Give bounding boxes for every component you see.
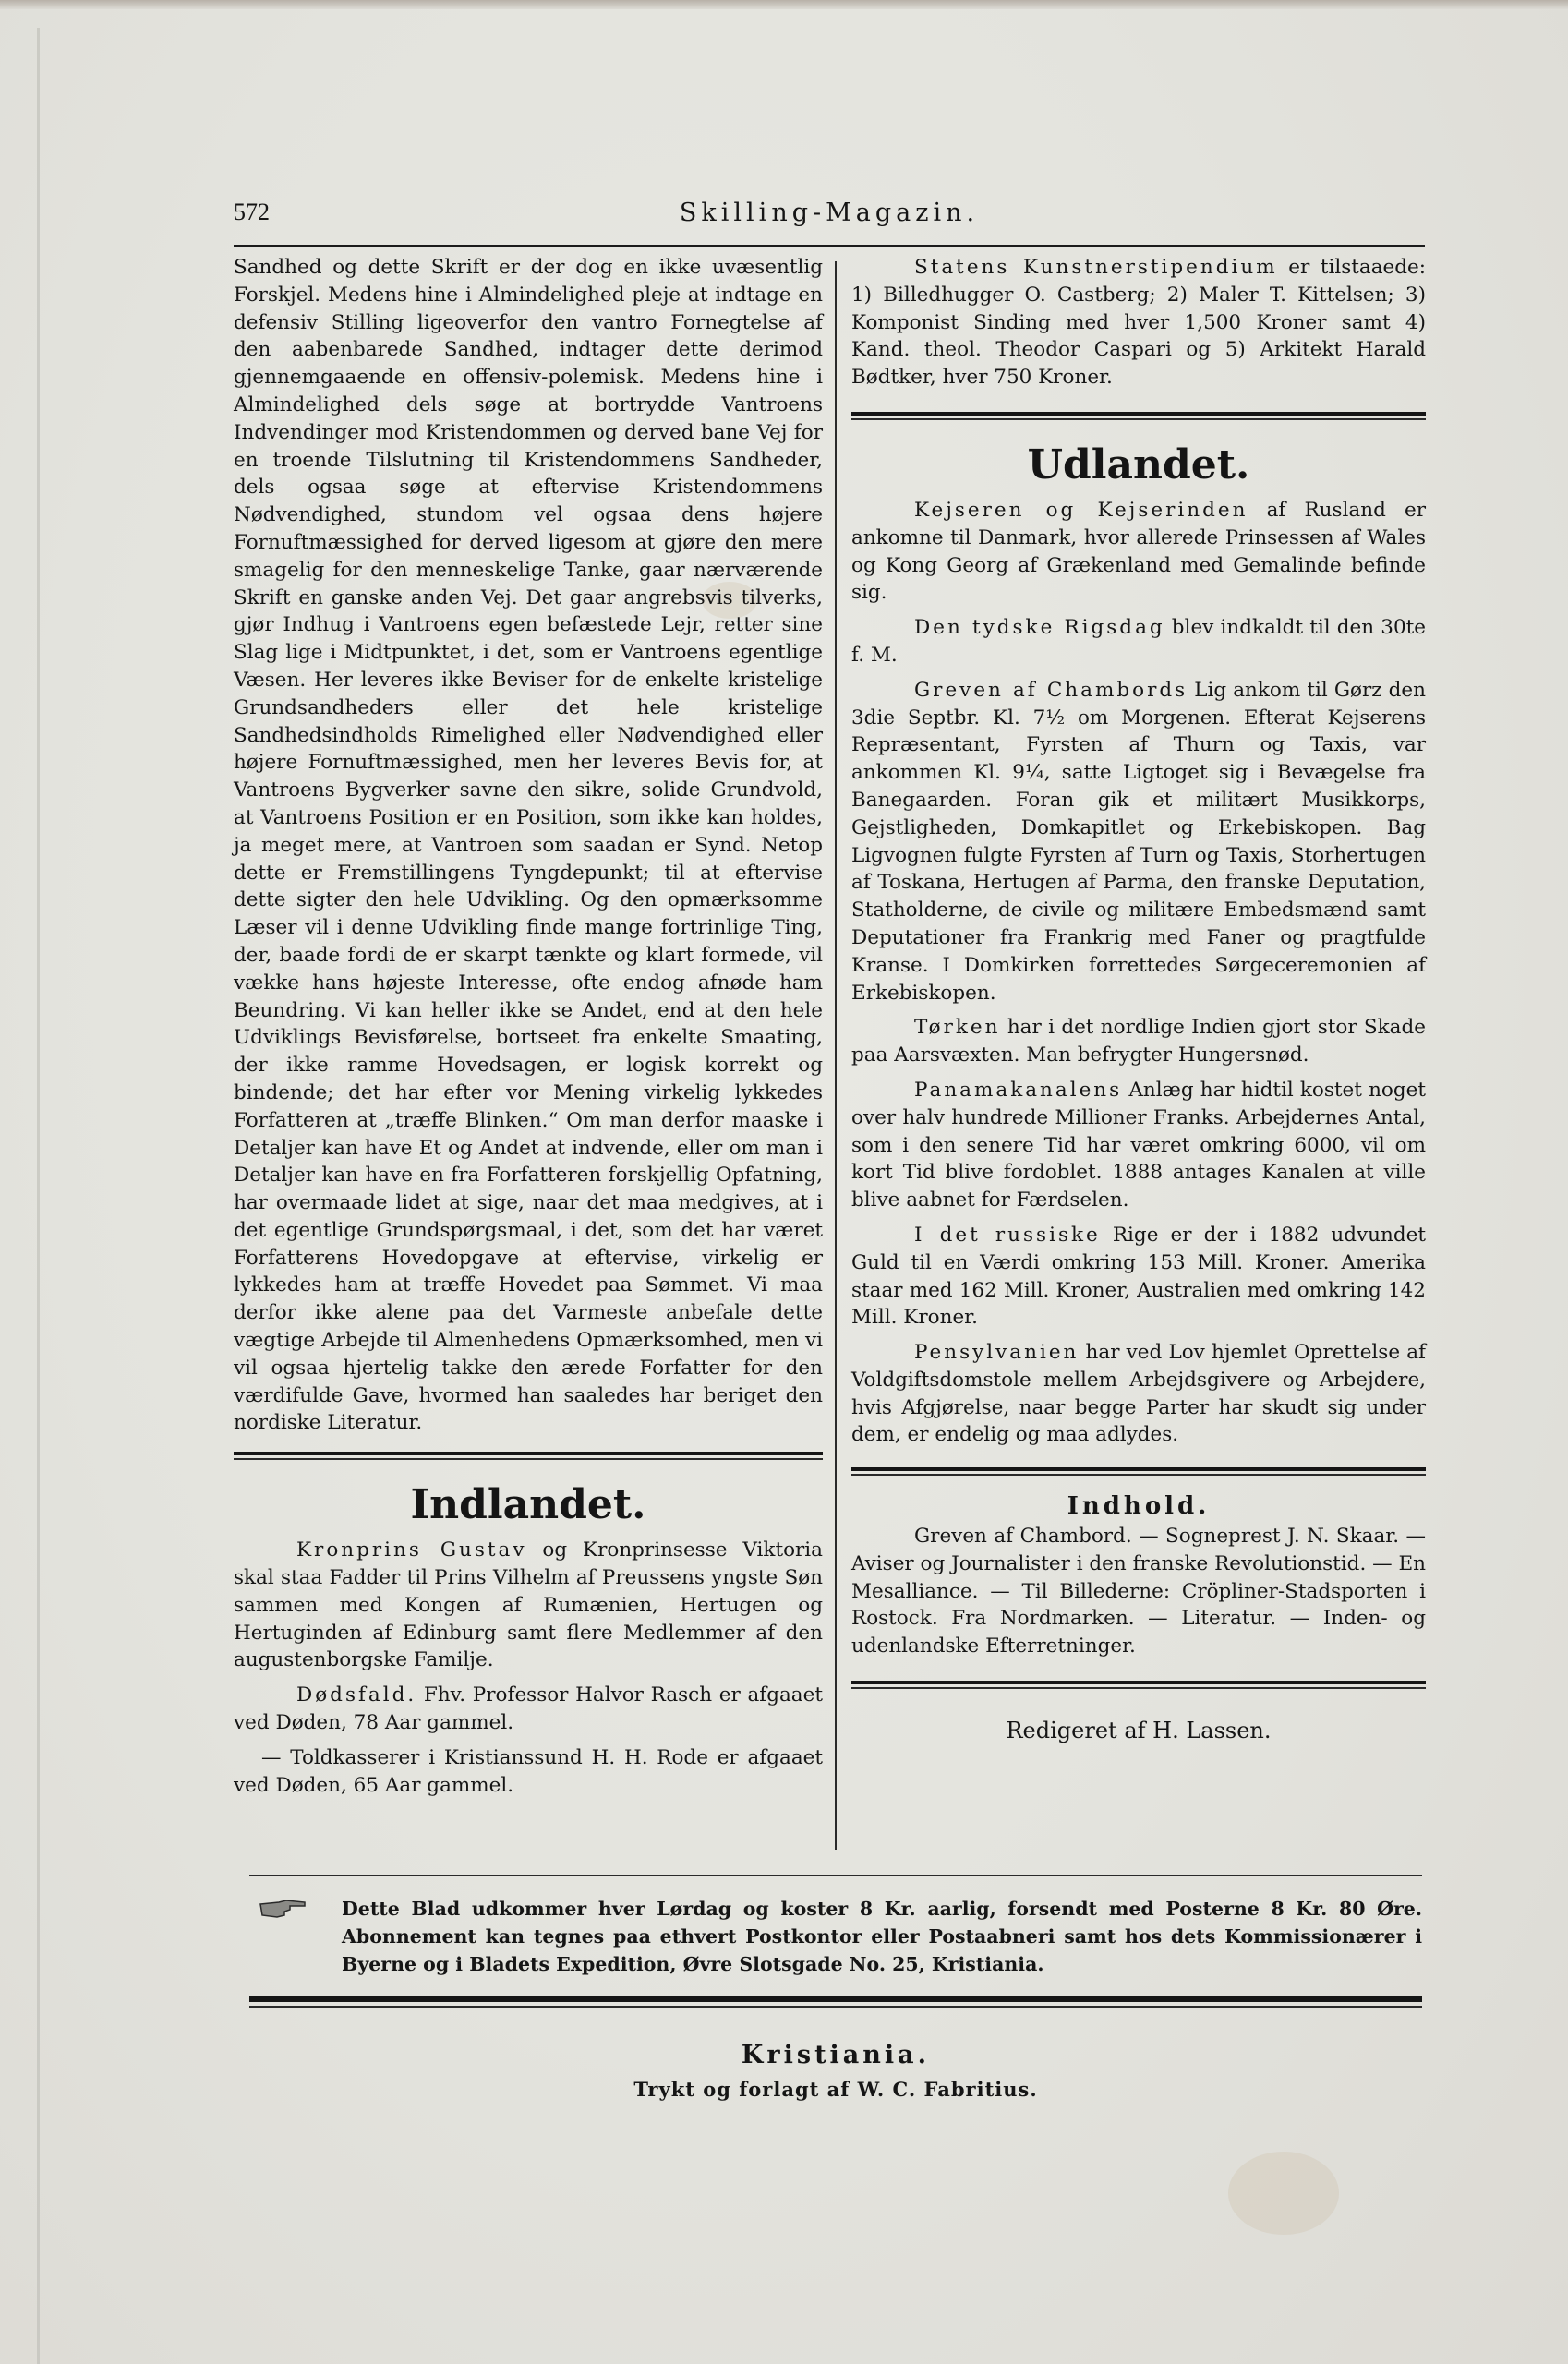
- footer-top-rule: [249, 1875, 1422, 1876]
- news-item-lead: I det russiske: [914, 1224, 1101, 1247]
- news-item-lead: Panamakanalens: [914, 1079, 1122, 1102]
- editor-credit: Redigeret af H. Lassen.: [851, 1718, 1426, 1745]
- imprint-city: Kristiania.: [249, 2041, 1422, 2069]
- footer-rule: [249, 2006, 1422, 2008]
- section-title-indlandet: Indlandet.: [234, 1479, 823, 1531]
- news-item-lead: Tørken: [914, 1016, 1001, 1039]
- stipend-lead: Statens Kunstnerstipendium: [914, 256, 1278, 279]
- paper-stain: [1228, 2152, 1339, 2235]
- news-item-lead: Greven af Chambords: [914, 679, 1188, 702]
- news-item: Panamakanalens Anlæg har hidtil kostet n…: [851, 1077, 1426, 1214]
- review-continued-text: Sandhed og dette Skrift er der dog en ik…: [234, 254, 823, 1437]
- news-item: I det russiske Rige er der i 1882 udvund…: [851, 1222, 1426, 1332]
- news-item: Tørken har i det nordlige Indien gjort s…: [851, 1014, 1426, 1069]
- section-title-udlandet: Udlandet.: [851, 440, 1426, 491]
- news-item-lead: Pensylvanien: [914, 1341, 1079, 1364]
- news-item-lead: Dødsfald.: [296, 1683, 416, 1707]
- left-column: Sandhed og dette Skrift er der dog en ik…: [234, 254, 823, 1799]
- news-item: Pensylvanien har ved Lov hjemlet Oprette…: [851, 1339, 1426, 1449]
- pointing-hand-icon: [259, 1899, 307, 1919]
- section-rule: [851, 412, 1426, 421]
- footer-rule: [249, 1996, 1422, 2002]
- page-header: 572 Skilling-Magazin.: [234, 199, 1425, 235]
- news-item: Kronprins Gustav og Kronprinsesse Viktor…: [234, 1537, 823, 1674]
- contents-title: Indhold.: [851, 1493, 1426, 1521]
- section-rule: [851, 1467, 1426, 1477]
- contents-text: Greven af Chambord. — Sogneprest J. N. S…: [851, 1523, 1426, 1660]
- news-item-lead: Kejseren og Kejserinden: [914, 499, 1248, 522]
- news-item: Dødsfald. Fhv. Professor Halvor Rasch er…: [234, 1682, 823, 1737]
- news-item-text: — Toldkasserer i Kristianssund H. H. Rod…: [234, 1746, 823, 1797]
- news-item: Kejseren og Kejserinden af Rusland er an…: [851, 497, 1426, 607]
- news-item: Greven af Chambords Lig ankom til Gørz d…: [851, 677, 1426, 1007]
- page-top-edge: [0, 0, 1568, 9]
- section-rule: [851, 1681, 1426, 1690]
- imprint-printer: Trykt og forlagt af W. C. Fabritius.: [249, 2078, 1422, 2101]
- section-rule: [234, 1452, 823, 1461]
- news-item: — Toldkasserer i Kristianssund H. H. Rod…: [234, 1744, 823, 1800]
- column-divider: [835, 261, 837, 1850]
- header-rule: [234, 245, 1425, 247]
- right-column: Statens Kunstnerstipendium er tilstaaede…: [851, 254, 1426, 1745]
- news-item-lead: Kronprins Gustav: [296, 1538, 527, 1562]
- notice-text: Dette Blad udkommer hver Lørdag og koste…: [342, 1895, 1422, 1978]
- stipend-notice: Statens Kunstnerstipendium er tilstaaede…: [851, 254, 1426, 392]
- news-item: Den tydske Rigsdag blev indkaldt til den…: [851, 614, 1426, 669]
- news-item-lead: Den tydske Rigsdag: [914, 616, 1165, 639]
- page-fold-line: [37, 28, 40, 2364]
- running-title: Skilling-Magazin.: [234, 199, 1425, 227]
- newspaper-page: 572 Skilling-Magazin. Sandhed og dette S…: [0, 0, 1568, 2364]
- news-item-text: Lig ankom til Gørz den 3die Septbr. Kl. …: [851, 679, 1426, 1005]
